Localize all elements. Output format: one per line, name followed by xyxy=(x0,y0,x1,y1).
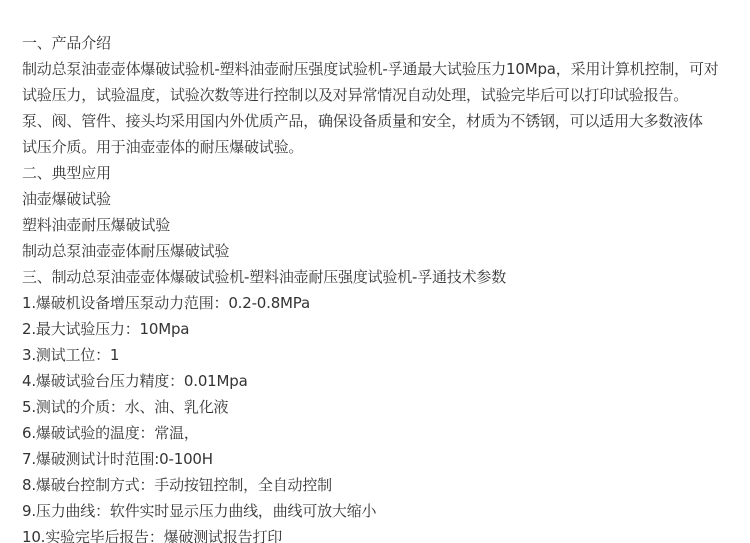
spec-item: 3.测试工位：1 xyxy=(22,342,712,368)
intro-paragraph-2-line-1: 泵、阀、管件、接头均采用国内外优质产品，确保设备质量和安全，材质为不锈钢，可以适… xyxy=(22,108,712,134)
intro-paragraph-1: 制动总泵油壶壶体爆破试验机-塑料油壶耐压强度试验机-孚通最大试验压力10Mpa，… xyxy=(22,56,712,108)
section-heading-intro: 一、产品介绍 xyxy=(22,30,712,56)
spec-item: 7.爆破测试计时范围:0-100H xyxy=(22,446,712,472)
intro-paragraph-2-line-2: 试压介质。用于油壶壶体的耐压爆破试验。 xyxy=(22,134,712,160)
product-document: 一、产品介绍 制动总泵油壶壶体爆破试验机-塑料油壶耐压强度试验机-孚通最大试验压… xyxy=(22,30,712,543)
application-item: 油壶爆破试验 xyxy=(22,186,712,212)
spec-item: 2.最大试验压力：10Mpa xyxy=(22,316,712,342)
spec-item: 5.测试的介质：水、油、乳化液 xyxy=(22,394,712,420)
spec-item: 1.爆破机设备增压泵动力范围：0.2-0.8MPa xyxy=(22,290,712,316)
spec-item: 8.爆破台控制方式：手动按钮控制，全自动控制 xyxy=(22,472,712,498)
intro-paragraph-2: 泵、阀、管件、接头均采用国内外优质产品，确保设备质量和安全，材质为不锈钢，可以适… xyxy=(22,108,712,160)
application-item: 塑料油壶耐压爆破试验 xyxy=(22,212,712,238)
application-item: 制动总泵油壶壶体耐压爆破试验 xyxy=(22,238,712,264)
spec-item: 6.爆破试验的温度：常温， xyxy=(22,420,712,446)
spec-item: 4.爆破试验台压力精度：0.01Mpa xyxy=(22,368,712,394)
section-heading-specs: 三、制动总泵油壶壶体爆破试验机-塑料油壶耐压强度试验机-孚通技术参数 xyxy=(22,264,712,290)
spec-item: 9.压力曲线：软件实时显示压力曲线，曲线可放大缩小 xyxy=(22,498,712,524)
intro-paragraph-1-line-2: 试验压力，试验温度，试验次数等进行控制以及对异常情况自动处理，试验完毕后可以打印… xyxy=(22,82,712,108)
section-heading-applications: 二、典型应用 xyxy=(22,160,712,186)
intro-paragraph-1-line-1: 制动总泵油壶壶体爆破试验机-塑料油壶耐压强度试验机-孚通最大试验压力10Mpa，… xyxy=(22,56,712,82)
spec-item: 10.实验完毕后报告：爆破测试报告打印 xyxy=(22,524,712,543)
